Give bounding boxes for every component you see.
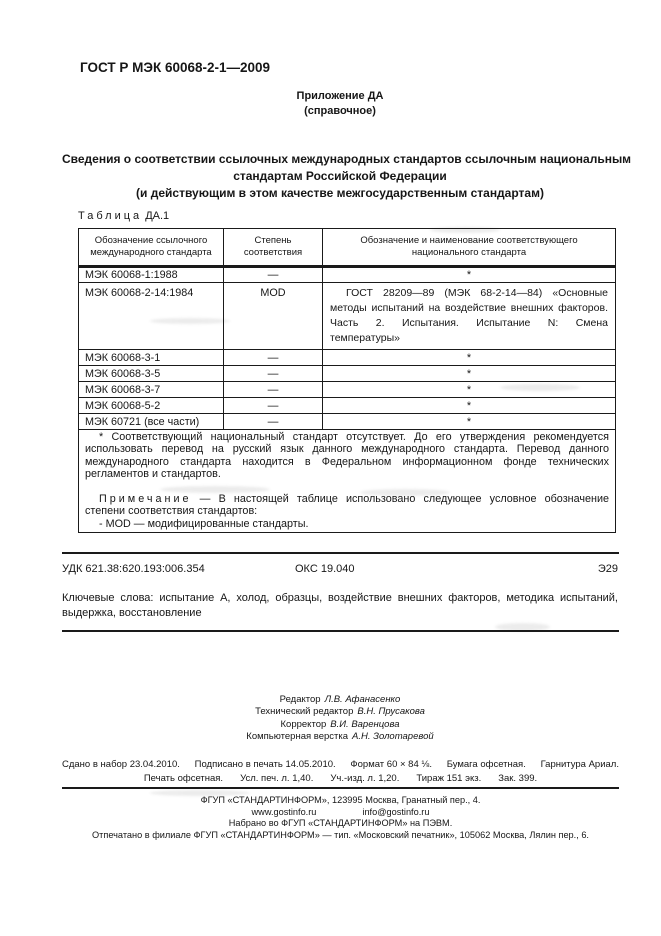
cell-degree: — <box>224 414 323 430</box>
print-info-item: Уч.-изд. л. 1,20. <box>330 773 399 784</box>
print-info-item: Тираж 151 экз. <box>416 773 481 784</box>
table-row: МЭК 60068-2-14:1984 MOD ГОСТ 28209—89 (М… <box>79 283 616 350</box>
annex-title: Приложение ДА <box>62 89 618 104</box>
cell-standard: МЭК 60068-3-7 <box>79 382 224 398</box>
cell-standard: МЭК 60721 (все части) <box>79 414 224 430</box>
table-note: Примечание — В настоящей таблице использ… <box>85 493 609 518</box>
horizontal-rule <box>62 787 619 789</box>
cell-national: * <box>323 267 616 283</box>
editor-role: Редактор <box>280 694 321 705</box>
table-row: МЭК 60068-3-1 — * <box>79 350 616 366</box>
editor-line: Технический редакторВ.Н. Прусакова <box>62 706 618 718</box>
table-footnote-row: * Соответствующий национальный стандарт … <box>79 430 616 533</box>
cell-standard: МЭК 60068-3-1 <box>79 350 224 366</box>
column-header-national: Обозначение и наименование соответствующ… <box>323 229 616 267</box>
publisher-address: ФГУП «СТАНДАРТИНФОРМ», 123995 Москва, Гр… <box>62 795 619 807</box>
publisher-website: www.gostinfo.ru <box>252 807 317 819</box>
editor-name: Л.В. Афанасенко <box>325 694 401 705</box>
cell-degree: — <box>224 382 323 398</box>
table-row: МЭК 60068-1:1988 — * <box>79 267 616 283</box>
keywords: Ключевые слова: испытание А, холод, обра… <box>62 591 618 620</box>
publisher-contacts: www.gostinfo.ru info@gostinfo.ru <box>62 807 619 819</box>
heading-line: стандартам Российской Федерации <box>62 168 618 185</box>
cell-national: * <box>323 382 616 398</box>
table-caption-number: ДА.1 <box>145 210 169 222</box>
print-info-item: Формат 60 × 84 ⅛. <box>350 759 432 770</box>
footnote-text: * Соответствующий национальный стандарт … <box>85 431 609 481</box>
cell-standard: МЭК 60068-3-5 <box>79 366 224 382</box>
print-info-item: Гарнитура Ариал. <box>541 759 619 770</box>
editor-role: Корректор <box>281 719 327 730</box>
cell-standard: МЭК 60068-1:1988 <box>79 267 224 283</box>
editor-name: В.Н. Прусакова <box>357 706 425 717</box>
table-header-row: Обозначение ссылочного международного ст… <box>79 229 616 267</box>
cell-national: * <box>323 414 616 430</box>
oks-code: ОКС 19.040 <box>295 563 355 575</box>
editor-name: А.Н. Золотаревой <box>352 731 434 742</box>
cell-standard: МЭК 60068-2-14:1984 <box>79 283 224 350</box>
editor-role: Технический редактор <box>255 706 353 717</box>
print-info-item: Бумага офсетная. <box>447 759 526 770</box>
cell-degree: — <box>224 350 323 366</box>
heading-line: (и действующим в этом качестве межгосуда… <box>62 185 618 202</box>
horizontal-rule <box>62 630 619 632</box>
column-header-standard: Обозначение ссылочного международного ст… <box>79 229 224 267</box>
print-info-item: Печать офсетная. <box>144 773 223 784</box>
print-info-item: Зак. 399. <box>498 773 537 784</box>
annex-subtitle: (справочное) <box>62 104 618 119</box>
table-row: МЭК 60721 (все части) — * <box>79 414 616 430</box>
print-info-item: Сдано в набор 23.04.2010. <box>62 759 180 770</box>
publisher-printed: Отпечатано в филиале ФГУП «СТАНДАРТИНФОР… <box>62 830 619 842</box>
cell-degree: — <box>224 398 323 414</box>
publisher-typeset: Набрано во ФГУП «СТАНДАРТИНФОРМ» на ПЭВМ… <box>62 818 619 830</box>
print-info-line-2: Печать офсетная. Усл. печ. л. 1,40. Уч.-… <box>62 773 619 784</box>
print-info-item: Усл. печ. л. 1,40. <box>240 773 313 784</box>
editor-line: КорректорВ.И. Варенцова <box>62 719 618 731</box>
editor-line: РедакторЛ.В. Афанасенко <box>62 694 618 706</box>
editor-line: Компьютерная версткаА.Н. Золотаревой <box>62 731 618 743</box>
publisher-block: ФГУП «СТАНДАРТИНФОРМ», 123995 Москва, Гр… <box>62 795 619 841</box>
annex-header: Приложение ДА (справочное) <box>62 89 618 119</box>
table-row: МЭК 60068-5-2 — * <box>79 398 616 414</box>
table-caption-word: Таблица <box>78 210 142 222</box>
print-info-item: Подписано в печать 14.05.2010. <box>195 759 336 770</box>
note-item: - MOD — модифицированные стандарты. <box>85 518 609 530</box>
cell-degree: MOD <box>224 283 323 350</box>
subject-index: Э29 <box>598 563 618 575</box>
table-footnote-cell: * Соответствующий национальный стандарт … <box>79 430 616 533</box>
section-heading: Сведения о соответствии ссылочных междун… <box>62 151 618 202</box>
cell-national: * <box>323 398 616 414</box>
table-row: МЭК 60068-3-5 — * <box>79 366 616 382</box>
publisher-email: info@gostinfo.ru <box>362 807 429 819</box>
column-header-degree: Степень соответствия <box>224 229 323 267</box>
cell-national: * <box>323 350 616 366</box>
note-label: Примечание <box>99 493 192 505</box>
table-row: МЭК 60068-3-7 — * <box>79 382 616 398</box>
cell-standard: МЭК 60068-5-2 <box>79 398 224 414</box>
cell-degree: — <box>224 267 323 283</box>
cell-national: * <box>323 366 616 382</box>
udk-code: УДК 621.38:620.193:006.354 <box>62 563 205 575</box>
editor-name: В.И. Варенцова <box>330 719 399 730</box>
cell-national: ГОСТ 28209—89 (МЭК 68-2-14—84) «Основные… <box>323 283 616 350</box>
document-number: ГОСТ Р МЭК 60068-2-1—2009 <box>80 60 270 75</box>
table-caption: Таблица ДА.1 <box>78 210 169 222</box>
classification-row: УДК 621.38:620.193:006.354 ОКС 19.040 Э2… <box>62 563 618 577</box>
editors-block: РедакторЛ.В. Афанасенко Технический реда… <box>62 694 618 743</box>
editor-role: Компьютерная верстка <box>246 731 348 742</box>
correspondence-table: Обозначение ссылочного международного ст… <box>78 228 616 533</box>
cell-degree: — <box>224 366 323 382</box>
print-info-line-1: Сдано в набор 23.04.2010. Подписано в пе… <box>62 759 619 770</box>
horizontal-rule <box>62 552 619 554</box>
document-page: { "page": { "doc_number": "ГОСТ Р МЭК 60… <box>0 0 661 936</box>
heading-line: Сведения о соответствии ссылочных междун… <box>62 151 618 168</box>
